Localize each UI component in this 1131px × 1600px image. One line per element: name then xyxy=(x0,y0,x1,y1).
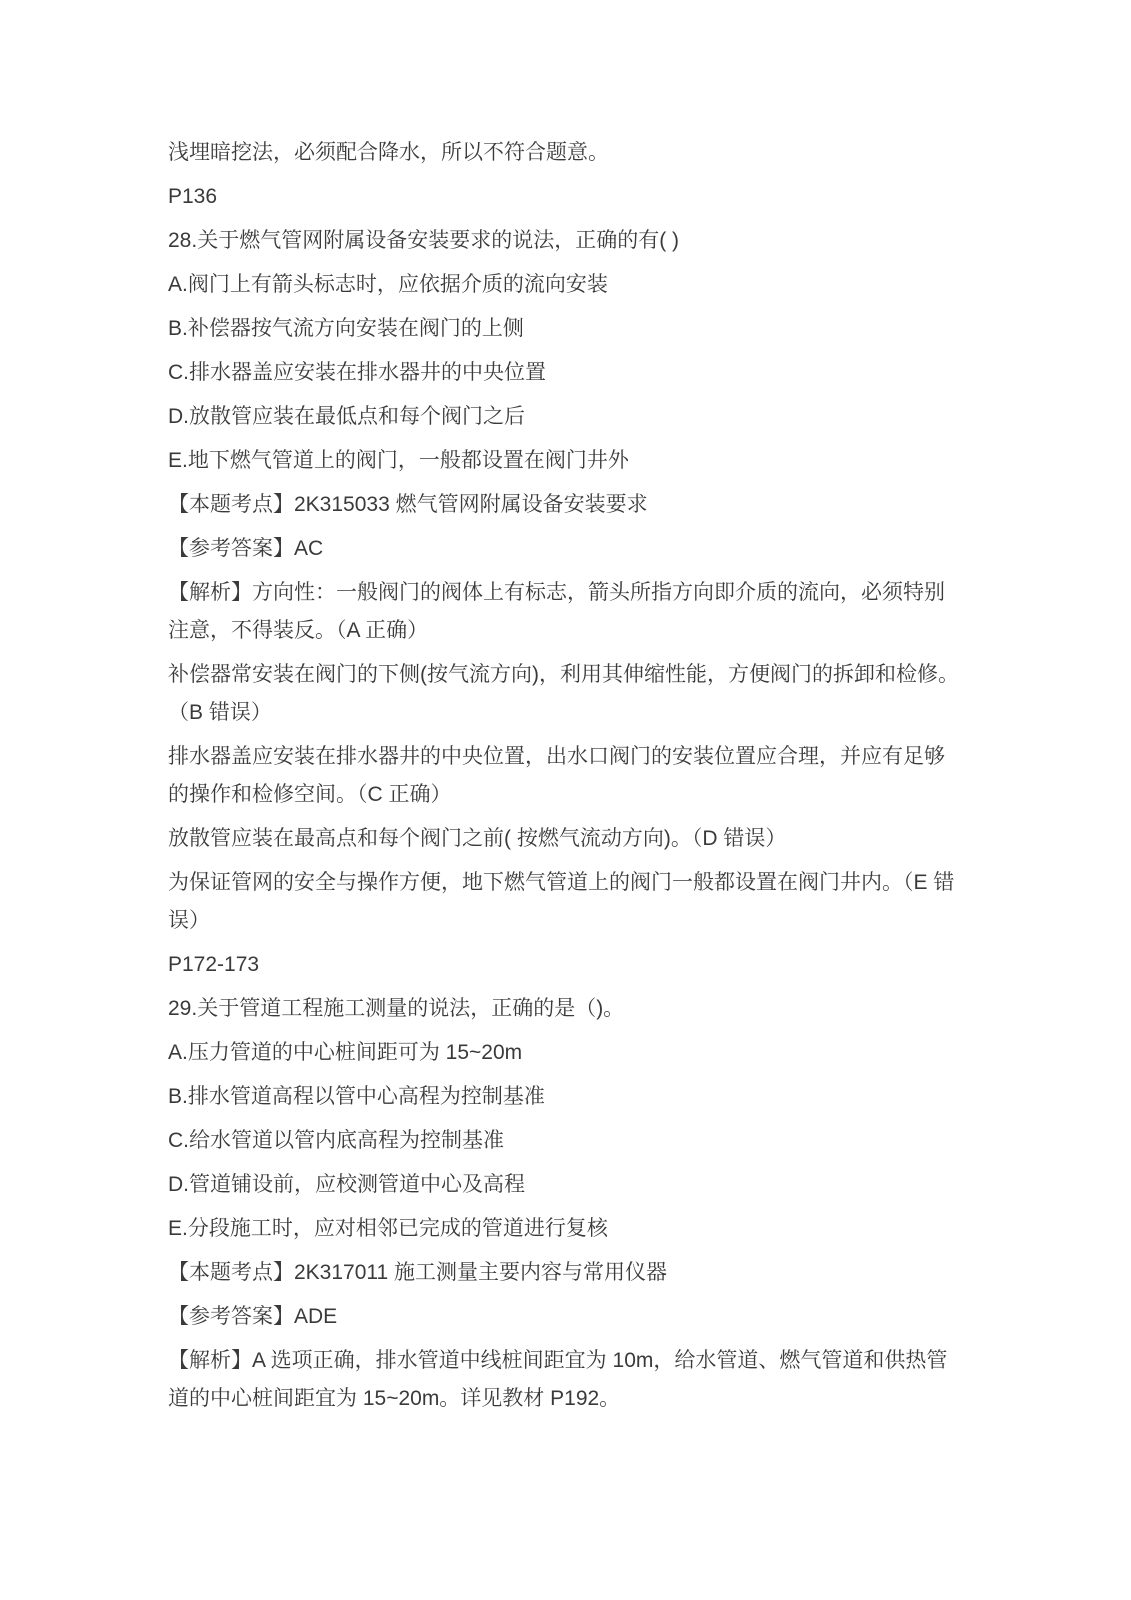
explanation-continued-text: 浅埋暗挖法，必须配合降水，所以不符合题意。 xyxy=(168,134,963,172)
question-29-option-d: D.管道铺设前，应校测管道中心及高程 xyxy=(168,1166,963,1204)
question-29-analysis: 【解析】A 选项正确，排水管道中线桩间距宜为 10m，给水管道、燃气管道和供热管… xyxy=(168,1342,963,1418)
question-28-option-a: A.阀门上有箭头标志时，应依据介质的流向安装 xyxy=(168,266,963,304)
question-29-exam-point: 【本题考点】2K317011 施工测量主要内容与常用仪器 xyxy=(168,1254,963,1292)
question-28-analysis-d: 放散管应装在最高点和每个阀门之前( 按燃气流动方向)。（D 错误） xyxy=(168,820,963,858)
question-28-analysis-c: 排水器盖应安装在排水器井的中央位置，出水口阀门的安装位置应合理，并应有足够的操作… xyxy=(168,738,963,814)
question-28-option-d: D.放散管应装在最低点和每个阀门之后 xyxy=(168,398,963,436)
document-page: 浅埋暗挖法，必须配合降水，所以不符合题意。 P136 28.关于燃气管网附属设备… xyxy=(0,0,1131,1600)
page-reference-p136: P136 xyxy=(168,178,963,216)
question-28-analysis-a: 【解析】方向性：一般阀门的阀体上有标志，箭头所指方向即介质的流向，必须特别注意，… xyxy=(168,574,963,650)
question-29-stem: 29.关于管道工程施工测量的说法，正确的是（)。 xyxy=(168,990,963,1028)
question-28-reference-answer: 【参考答案】AC xyxy=(168,530,963,568)
question-28-option-b: B.补偿器按气流方向安装在阀门的上侧 xyxy=(168,310,963,348)
question-29-reference-answer: 【参考答案】ADE xyxy=(168,1298,963,1336)
question-28-option-e: E.地下燃气管道上的阀门，一般都设置在阀门井外 xyxy=(168,442,963,480)
question-29-option-a: A.压力管道的中心桩间距可为 15~20m xyxy=(168,1034,963,1072)
question-29-option-e: E.分段施工时，应对相邻已完成的管道进行复核 xyxy=(168,1210,963,1248)
question-28-analysis-e: 为保证管网的安全与操作方便，地下燃气管道上的阀门一般都设置在阀门井内。（E 错误… xyxy=(168,864,963,940)
question-28-analysis-b: 补偿器常安装在阀门的下侧(按气流方向)，利用其伸缩性能，方便阀门的拆卸和检修。（… xyxy=(168,656,963,732)
question-29-option-c: C.给水管道以管内底高程为控制基准 xyxy=(168,1122,963,1160)
question-28-option-c: C.排水器盖应安装在排水器井的中央位置 xyxy=(168,354,963,392)
question-28-stem: 28.关于燃气管网附属设备安装要求的说法，正确的有( ) xyxy=(168,222,963,260)
question-29-option-b: B.排水管道高程以管中心高程为控制基准 xyxy=(168,1078,963,1116)
question-28-exam-point: 【本题考点】2K315033 燃气管网附属设备安装要求 xyxy=(168,486,963,524)
page-reference-p172-173: P172-173 xyxy=(168,946,963,984)
